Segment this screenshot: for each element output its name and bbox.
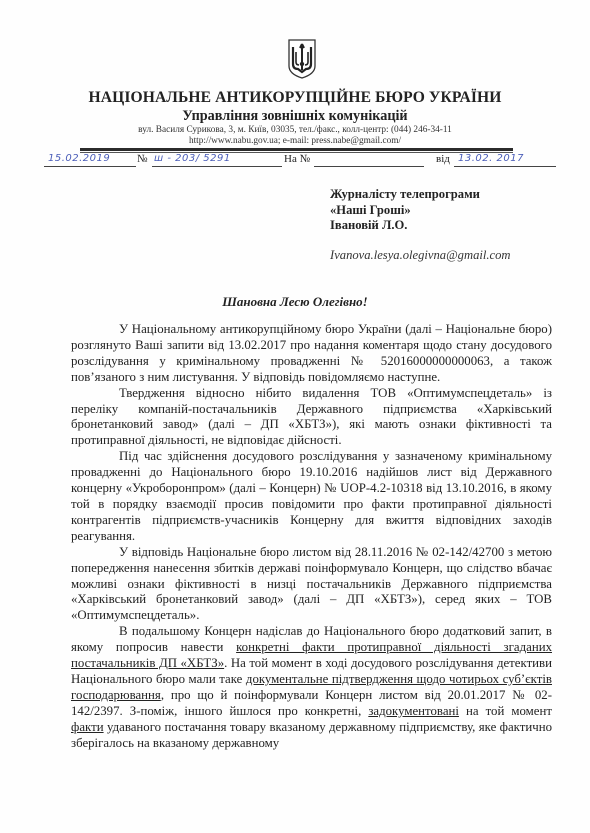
paragraph-1: У Національному антикорупційному бюро Ук… <box>71 322 552 386</box>
organization-name: НАЦІОНАЛЬНЕ АНТИКОРУПЦІЙНЕ БЮРО УКРАЇНИ <box>0 89 590 107</box>
department-name: Управління зовнішніх комунікацій <box>0 108 590 125</box>
from-date: 13.02. 2017 <box>458 153 524 164</box>
from-label: від <box>436 153 450 165</box>
paragraph-4: У відповідь Національне бюро листом від … <box>71 545 552 625</box>
address-line: вул. Василя Сурикова, 3, м. Київ, 03035,… <box>0 125 590 135</box>
recipient-block: Журналісту телепрограми «Наші Гроші» Іва… <box>330 187 480 234</box>
paragraph-3: Під час здійснення досудового розслідува… <box>71 449 552 544</box>
outgoing-number-field: ш - 203/ 5291 <box>152 153 282 167</box>
salutation: Шановна Лесю Олегівно! <box>0 294 590 310</box>
p5-underlined-3: задокументовані <box>368 704 459 718</box>
letter-body: У Національному антикорупційному бюро Ук… <box>71 322 552 751</box>
paragraph-2: Твердження відносно нібито видалення ТОВ… <box>71 386 552 450</box>
p5-text-4: на той момент <box>459 704 552 718</box>
recipient-line-2: «Наші Гроші» <box>330 203 480 219</box>
from-date-field: 13.02. 2017 <box>454 153 556 167</box>
outgoing-date: 15.02.2019 <box>48 153 110 164</box>
letterhead-divider <box>80 148 513 151</box>
trident-coat-of-arms-icon <box>287 38 317 80</box>
recipient-line-1: Журналісту телепрограми <box>330 187 480 203</box>
reply-to-label: На № <box>284 153 310 165</box>
outgoing-number: ш - 203/ 5291 <box>154 153 231 164</box>
outgoing-date-field: 15.02.2019 <box>44 153 136 167</box>
paragraph-5: В подальшому Концерн надіслав до Націона… <box>71 624 552 751</box>
number-label: № <box>137 153 148 165</box>
reply-to-number-field <box>314 153 424 167</box>
document-page: НАЦІОНАЛЬНЕ АНТИКОРУПЦІЙНЕ БЮРО УКРАЇНИ … <box>0 0 590 833</box>
p5-text-5: удаваного постачання товару вказаному де… <box>71 720 552 750</box>
recipient-email: Ivanova.lesya.olegivna@gmail.com <box>330 248 511 263</box>
recipient-line-3: Івановій Л.О. <box>330 218 480 234</box>
registration-line: 15.02.2019 № ш - 203/ 5291 На № від 13.0… <box>44 153 564 169</box>
p5-underlined-4: факти <box>71 720 104 734</box>
web-email-line: http://www.nabu.gov.ua; e-mail: press.na… <box>0 136 590 146</box>
